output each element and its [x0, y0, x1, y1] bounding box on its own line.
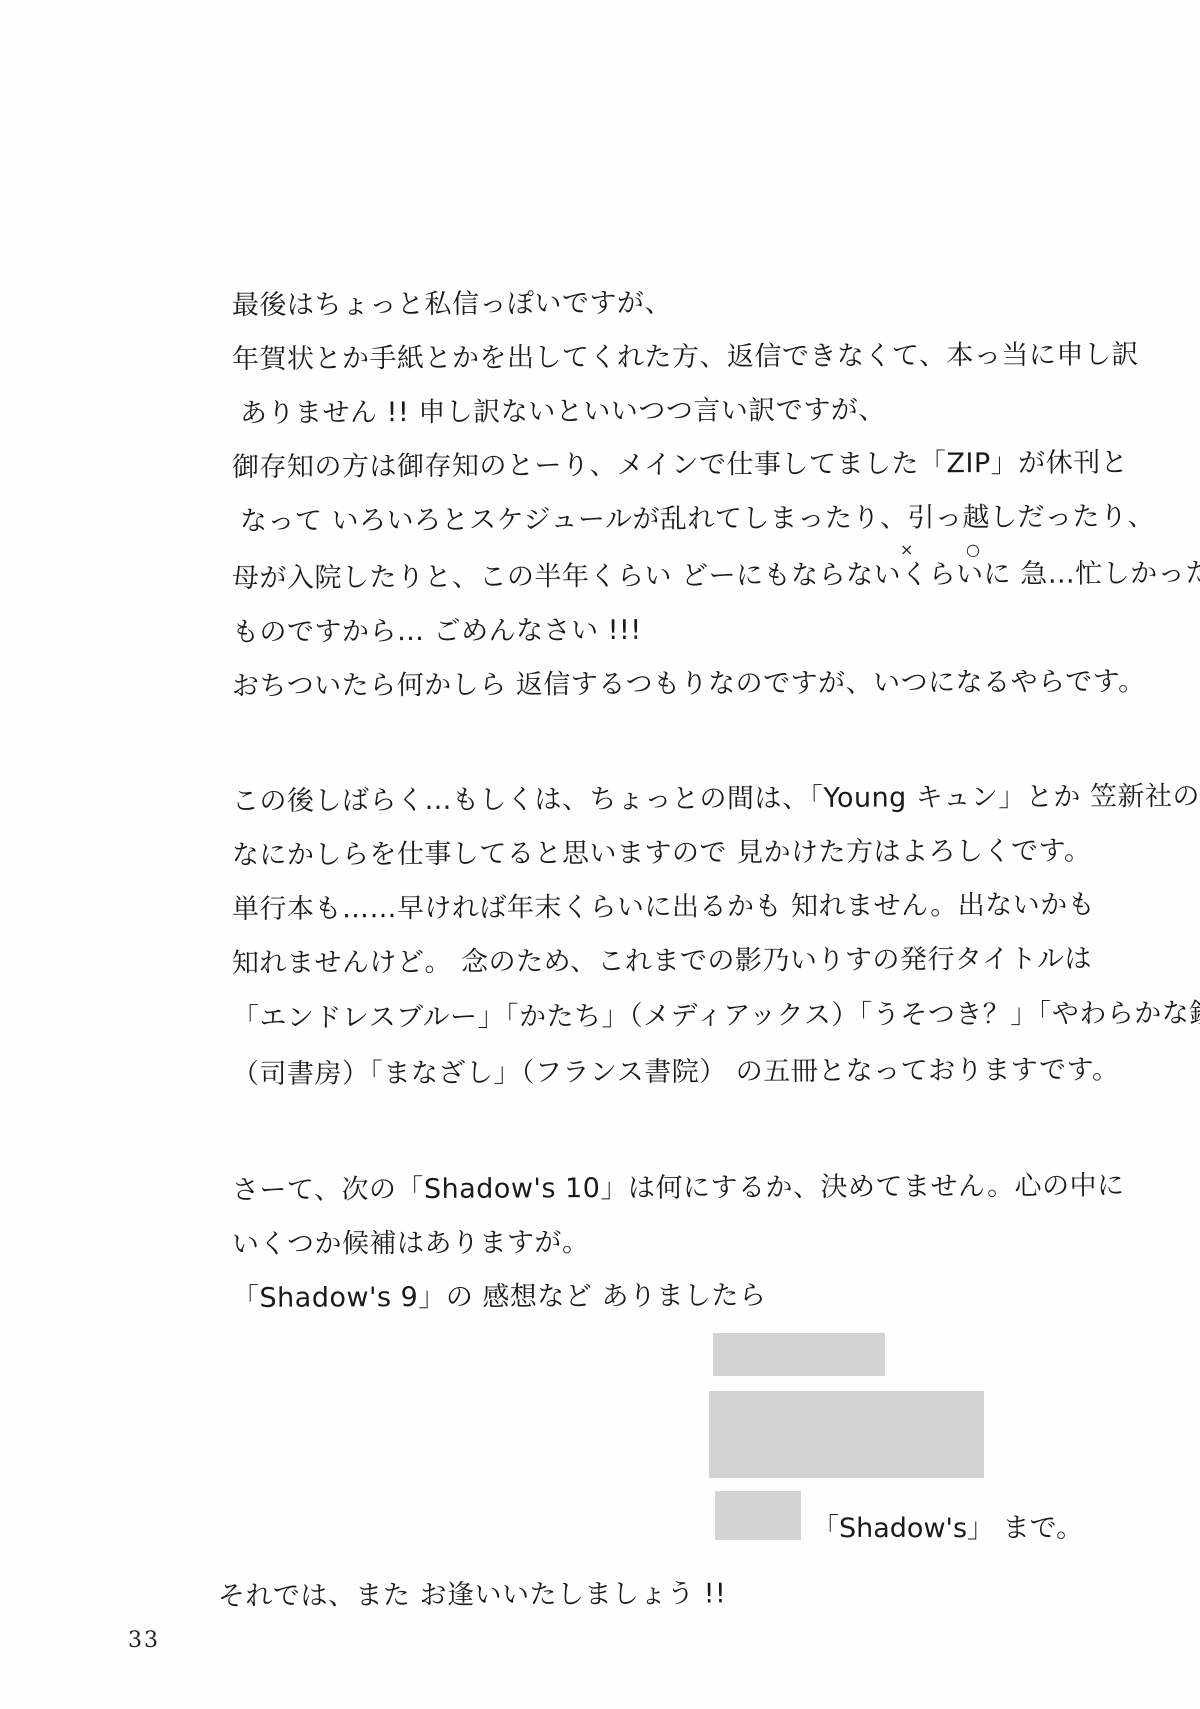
text-line: 単行本も……早ければ年末くらいに出るかも 知れません。出ないかも: [232, 888, 1095, 927]
text-line: 最後はちょっと私信っぽいですが、: [232, 287, 672, 323]
text-line: ものですから… ごめんなさい !!!: [232, 614, 642, 650]
text-line: 年賀状とか手紙とかを出してくれた方、返信できなくて、本っ当に申し訳: [232, 338, 1139, 377]
text-line: おちついたら何かしら 返信するつもりなのですが、いつになるやらです。: [232, 665, 1146, 704]
emphasis-mark-circle: ○: [966, 540, 980, 559]
redacted-block: [709, 1391, 984, 1478]
text-line: なにかしらを仕事してると思いますので 見かけた方はよろしくです。: [232, 835, 1092, 873]
address-signoff: 「Shadow's」 まで。: [812, 1506, 1083, 1545]
text-line: 知れませんけど。 念のため、これまでの影乃いりすの発行タイトルは: [232, 942, 1092, 981]
text-line: いくつか候補はありますが。: [232, 1226, 590, 1262]
text-line: 「Shadow's 9」の 感想など ありましたら: [232, 1279, 767, 1316]
emphasis-mark-cross: ×: [900, 540, 913, 559]
text-line: なって いろいろとスケジュールが乱れてしまったり、引っ越しだったり、: [240, 500, 1155, 539]
page-number: 33: [128, 1628, 160, 1653]
redacted-block: [713, 1333, 885, 1376]
redacted-block: [715, 1491, 801, 1540]
text-line: 「エンドレスブルー」「かたち」（メディアックス）「うそつき？」「やわらかな鎖」: [232, 997, 1200, 1036]
text-line: ありません !! 申し訳ないといいつつ言い訳ですが、: [240, 394, 886, 431]
text-line: 御存知の方は御存知のとーり、メインで仕事してました「ZIP」が休刊と: [232, 446, 1128, 485]
text-line: 母が入院したりと、この半年くらい どーにもならないくらいに 急…忙しかった: [232, 557, 1200, 596]
text-line: この後しばらく…もしくは、ちょっとの間は、「Young キュン」とか 笠新社の: [232, 780, 1200, 819]
text-line: （司書房）「まなざし」（フランス書院） の五冊となっておりますです。: [232, 1053, 1120, 1092]
text-line: さーて、次の「Shadow's 10」は何にするか、決めてません。心の中に: [232, 1169, 1125, 1208]
manga-afterword-page: 最後はちょっと私信っぽいですが、 年賀状とか手紙とかを出してくれた方、返信できな…: [0, 0, 1200, 1709]
closing-line: それでは、また お逢いいたしましょう !!: [218, 1577, 726, 1614]
